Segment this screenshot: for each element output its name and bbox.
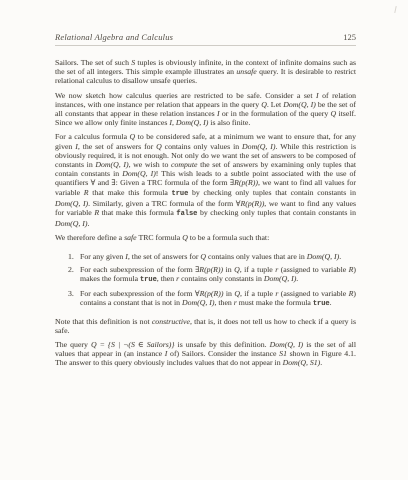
page-header: Relational Algebra and Calculus 125 (55, 32, 356, 42)
paragraph-safe-formula: For a calculus formula Q to be considere… (55, 132, 356, 228)
paragraph-unsafe-example: Sailors. The set of such S tuples is obv… (55, 58, 356, 86)
list-item-1-text: For any given I, the set of answers for … (80, 252, 356, 261)
list-item-3-number: 3. (68, 289, 80, 309)
safe-formula-conditions-list: 1. For any given I, the set of answers f… (55, 252, 356, 310)
running-head-title: Relational Algebra and Calculus (55, 32, 173, 42)
page-body-text: Sailors. The set of such S tuples is obv… (55, 58, 356, 368)
paragraph-unsafe-query-example: The query Q = {S | ¬(S ∈ Sailors)} is un… (55, 340, 356, 368)
list-item-3: 3. For each subexpression of the form ∀R… (55, 289, 356, 309)
list-item-3-text: For each subexpression of the form ∀R(p(… (80, 289, 356, 309)
paragraph-list-intro: We therefore define a safe TRC formula Q… (55, 233, 356, 242)
paragraph-sketch-safe: We now sketch how calculus queries are r… (55, 91, 356, 128)
book-page: Relational Algebra and Calculus 125 Sail… (0, 0, 408, 480)
paragraph-not-constructive: Note that this definition is not constru… (55, 317, 356, 335)
page-content: Relational Algebra and Calculus 125 Sail… (55, 32, 356, 373)
list-item-1: 1. For any given I, the set of answers f… (55, 252, 356, 261)
list-item-1-number: 1. (68, 252, 80, 261)
list-item-2-number: 2. (68, 265, 80, 285)
scan-artifact (394, 6, 396, 13)
header-rule (55, 45, 356, 46)
list-item-2: 2. For each subexpression of the form ∃R… (55, 265, 356, 285)
list-item-2-text: For each subexpression of the form ∃R(p(… (80, 265, 356, 285)
page-number: 125 (343, 32, 356, 42)
